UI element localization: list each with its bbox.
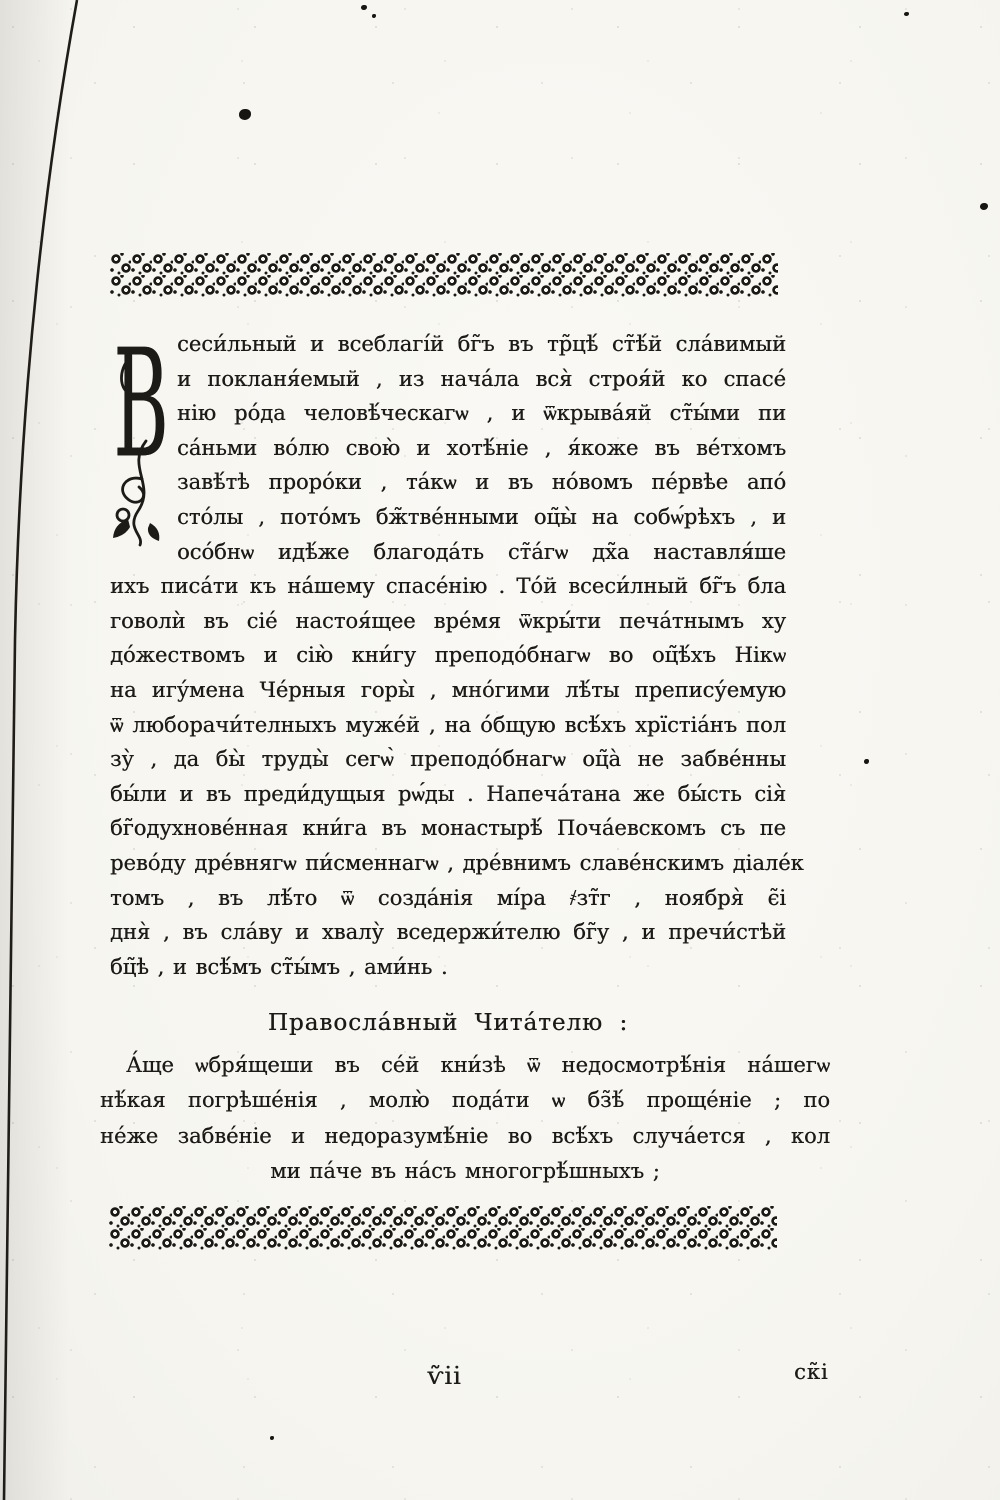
text-line: не́же забве́ніе и недоразумѣ́ніе во всѣ́… — [100, 1119, 830, 1154]
text-line: до́жествомъ и сію̀ кни́гу преподо́бнагѡ … — [110, 638, 786, 673]
text-line: зу̀ , да бы̀ труды̀ сегѡ̀ преподо́бнагѡ … — [110, 742, 786, 777]
text-line: и покланя́емый , из нача́ла вся̀ строя́й… — [110, 362, 786, 397]
book-page-scan: В сеси́льный и всеблагі́й бг̃ъ въ тр̃цѣ́… — [0, 0, 1000, 1500]
text-line: на игу́мена Че́рныя горы̀ , мно́гими лѣ́… — [110, 673, 786, 708]
text-line: рево́ду дре́внягѡ пи́сменнагѡ , дре́вним… — [110, 846, 786, 881]
text-line: А́ще ѡбря́щеши въ се́й кни́зѣ ѿ недосмот… — [100, 1048, 830, 1083]
address-heading: Правосла́вный Чита́телю : — [110, 1010, 786, 1036]
ornament-band-bottom — [109, 1206, 777, 1250]
text-line: са́ньми во́лю свою̀ и хотѣ́ніе , я́коже … — [110, 431, 786, 466]
text-line: ми па́че въ на́съ многогрѣ́шныхъ ; — [100, 1154, 830, 1189]
text-line: завѣ́тѣ проро́ки , та́кѡ и въ но́вомъ пе… — [110, 465, 786, 500]
text-line: бг̃одухнове́нная кни́га въ монастырѣ́ По… — [110, 811, 786, 846]
text-line: бы́ли и въ преди́дущыя рѡ́ды . Напеча́та… — [110, 777, 786, 812]
address-paragraph: А́ще ѡбря́щеши въ се́й кни́зѣ ѿ недосмот… — [100, 1048, 830, 1190]
text-line: нію ро́да человѣ́ческагѡ , и ѿкрыва́яй с… — [110, 396, 786, 431]
text-line: ѿ люборачи́телныхъ муже́й , на о́бщую вс… — [110, 708, 786, 743]
text-line: говолѝ въ сіе́ настоя́щее вре́мя ѿкры́ти… — [110, 604, 786, 639]
text-line: нѣ́кая погрѣше́нія , молю̀ пода́ти ѡ бз̃… — [100, 1083, 830, 1118]
text-line: сто́лы , пото́мъ бж̃тве́нными оц̃ы̀ на с… — [110, 500, 786, 535]
text-line: ихъ писа́ти къ на́шему спасе́нію . То́й … — [110, 569, 786, 604]
text-line: дня̀ , въ сла́ву и хвалу̀ вседержи́телю … — [110, 915, 786, 950]
ornament-band-top — [110, 253, 778, 297]
quire-signature-mark: ѵ̃іі — [427, 1362, 462, 1390]
main-paragraph: В сеси́льный и всеблагі́й бг̃ъ въ тр̃цѣ́… — [110, 327, 786, 984]
text-line: осо́бнѡ идѣ́же благода́ть ст̃а́гѡ дх̃а н… — [110, 535, 786, 570]
text-line: томъ , въ лѣ́то ѿ созда́нія мі́ра ҂зт̃г … — [110, 881, 786, 916]
folio-number: ск̃і — [794, 1360, 829, 1384]
drop-cap-initial: В — [110, 329, 168, 535]
text-line: сеси́льный и всеблагі́й бг̃ъ въ тр̃цѣ́ с… — [110, 327, 786, 362]
text-line: бц̃ѣ , и всѣ́мъ ст̃ы́мъ , ами́нь . — [110, 950, 786, 985]
drop-cap-letter: В — [113, 317, 168, 491]
